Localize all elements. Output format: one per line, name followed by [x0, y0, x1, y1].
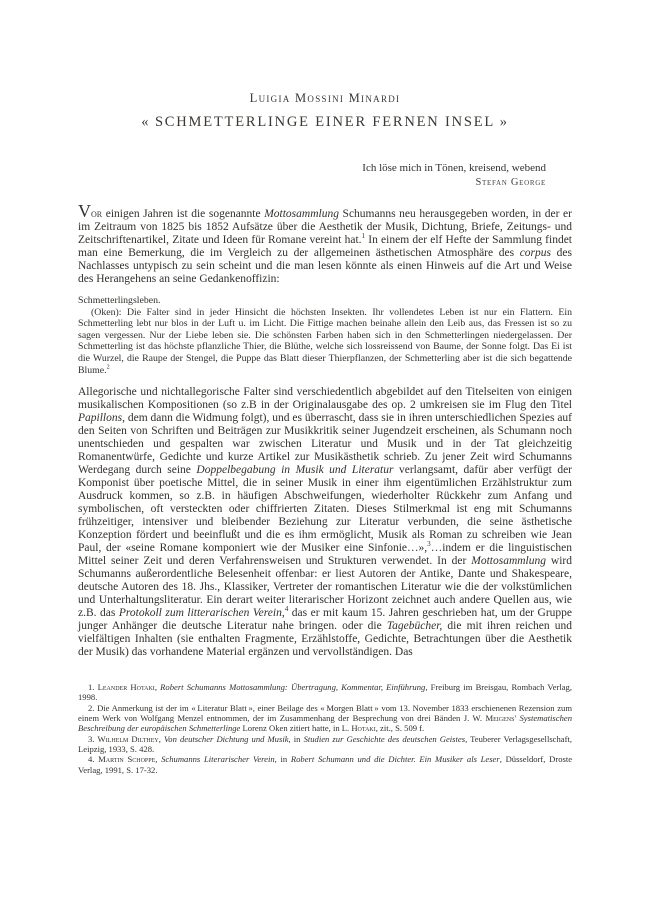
footnote-text: Lorenz Oken zitiert hatte, in L. — [240, 723, 351, 733]
work-title: Robert Schumann und die Dichter. Ein Mus… — [291, 754, 500, 764]
italic-term: Tagebücher, — [387, 620, 442, 632]
work-title: Studien zur Geschichte des deutschen Gei… — [304, 734, 466, 744]
author-name: Hotaki — [351, 723, 375, 733]
paragraph-1-text: einigen Jahren ist die sogenannte — [102, 208, 264, 220]
quote-text: (Oken): Die Falter sind in jeder Hinsich… — [78, 307, 572, 376]
work-title: Schumanns Literarischer Verein — [161, 754, 275, 764]
footnote-text: , in — [275, 754, 291, 764]
paragraph-2-text: Allegorische und nichtallegorische Falte… — [78, 386, 572, 411]
text-column: Luigia Mossini Minardi « SCHMETTERLINGE … — [78, 0, 572, 775]
footnote-1: 1. Leander Hotaki, Robert Schumanns Mott… — [78, 682, 572, 703]
footnote-number: 2. — [88, 703, 97, 713]
document-page: Luigia Mossini Minardi « SCHMETTERLINGE … — [0, 0, 650, 917]
author-name: Leander Hotaki — [98, 682, 155, 692]
block-quote: Schmetterlingsleben. (Oken): Die Falter … — [78, 295, 572, 376]
italic-term: Mottosammlung — [264, 208, 339, 220]
author-name: Meigens — [485, 713, 514, 723]
footnotes-section: 1. Leander Hotaki, Robert Schumanns Mott… — [78, 682, 572, 775]
epigraph-attribution: Stefan George — [78, 176, 546, 190]
footnote-text: , zit., S. 509 f. — [376, 723, 424, 733]
paragraph-2-text: verlangsamt, dafür aber verfügt der Komp… — [78, 464, 572, 554]
quote-heading: Schmetterlingsleben. — [78, 295, 572, 307]
paragraph-2: Allegorische und nichtallegorische Falte… — [78, 386, 572, 659]
author-name: Wilhelm Dilthey — [98, 734, 159, 744]
italic-term: Mottosammlung — [471, 555, 546, 567]
footnote-3: 3. Wilhelm Dilthey, Von deutscher Dichtu… — [78, 734, 572, 755]
italic-term: Doppelbegabung in Musik und Literatur — [196, 464, 393, 476]
footnote-2: 2. Die Anmerkung ist der im « Literatur … — [78, 703, 572, 734]
author-name: Martin Schoppe — [98, 754, 155, 764]
article-title: « SCHMETTERLINGE EINER FERNEN INSEL » — [78, 114, 572, 131]
footnote-number: 3. — [88, 734, 98, 744]
epigraph: Ich löse mich in Tönen, kreisend, webend… — [78, 162, 572, 189]
footnote-number: 4. — [88, 754, 98, 764]
work-title: Von deutscher Dichtung und Musik — [164, 734, 289, 744]
italic-term: Papillons — [78, 412, 122, 424]
initial-capital: V — [78, 201, 91, 221]
footnote-number: 1. — [88, 682, 98, 692]
italic-term: Protokoll zum litterarischen Verein — [119, 607, 282, 619]
epigraph-line: Ich löse mich in Tönen, kreisend, webend — [78, 162, 546, 176]
footnote-ref-2: 2 — [107, 364, 110, 370]
work-title: Robert Schumanns Mottosammlung: Übertrag… — [160, 682, 425, 692]
footnote-text: , in — [289, 734, 304, 744]
footnote-4: 4. Martin Schoppe, Schumanns Literarisch… — [78, 754, 572, 775]
initial-smallcaps: or — [91, 208, 102, 220]
author-line: Luigia Mossini Minardi — [78, 91, 572, 106]
quote-body: (Oken): Die Falter sind in jeder Hinsich… — [78, 307, 572, 377]
paragraph-1: Vor einigen Jahren ist die sogenannte Mo… — [78, 205, 572, 286]
italic-term: corpus — [520, 247, 551, 259]
